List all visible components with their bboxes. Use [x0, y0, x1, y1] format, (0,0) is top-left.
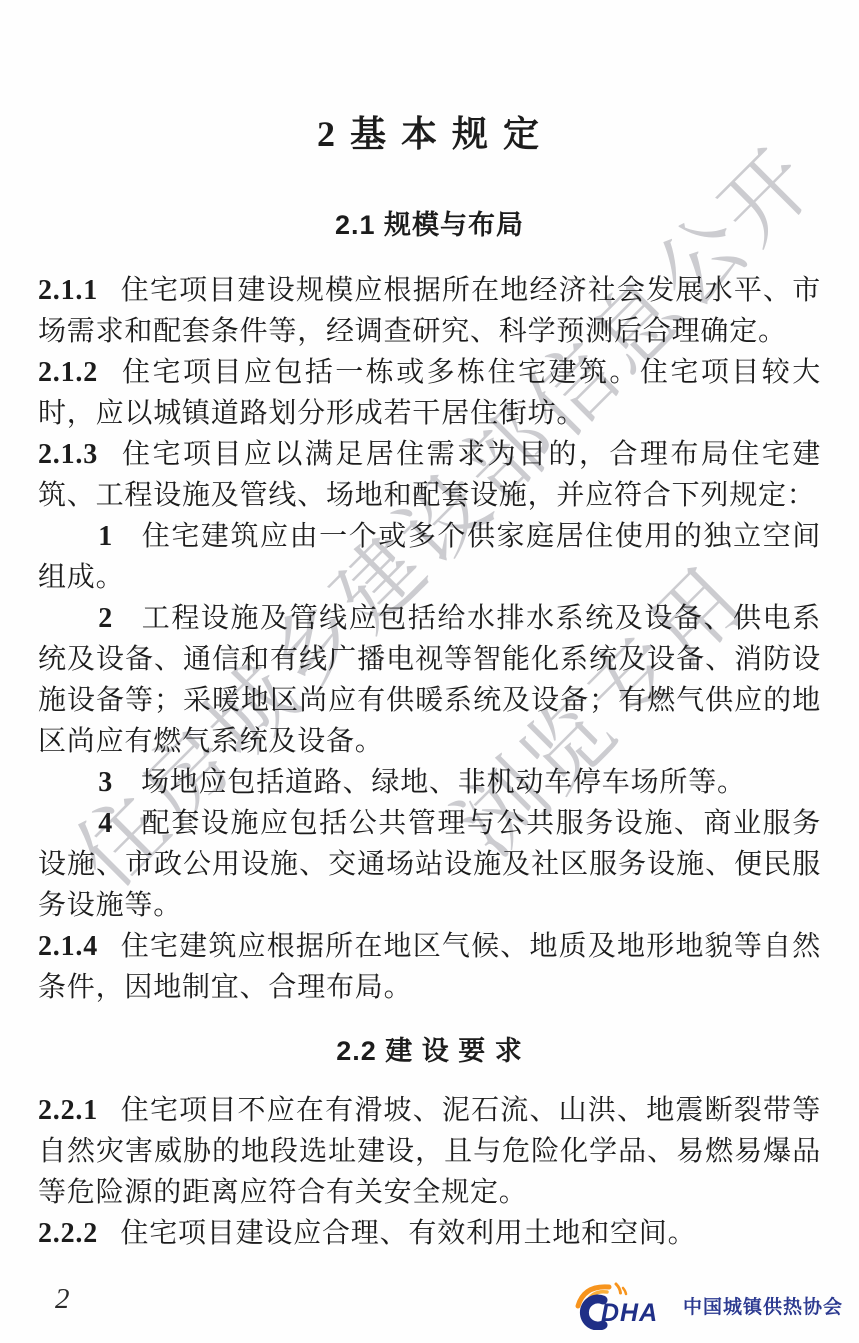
- clause-number: 2.1.3: [38, 439, 98, 470]
- clause-text: 住宅项目不应在有滑坡、泥石流、山洪、地震断裂带等自然灾害威胁的地段选址建设，且与…: [38, 1095, 821, 1208]
- chapter-title: 2 基 本 规 定: [38, 112, 821, 156]
- clause-2-2-2: 2.2.2住宅项目建设应合理、有效利用土地和空间。: [38, 1213, 821, 1254]
- subitem-text: 住宅建筑应由一个或多个供家庭居住使用的独立空间组成。: [38, 521, 821, 593]
- text-column: 2 基 本 规 定 2.1 规模与布局 2.1.1住宅项目建设规模应根据所在地经…: [38, 0, 821, 1254]
- clause-number: 2.1.4: [38, 931, 98, 962]
- page-number: 2: [55, 1283, 70, 1316]
- subitem-number: 3: [98, 767, 113, 798]
- clause-text: 住宅项目建设规模应根据所在地经济社会发展水平、市场需求和配套条件等，经调查研究、…: [38, 275, 821, 347]
- subitem-number: 1: [98, 521, 113, 552]
- subitem-2: 2工程设施及管线应包括给水排水系统及设备、供电系统及设备、通信和有线广播电视等智…: [38, 598, 821, 762]
- clause-2-2-1: 2.2.1住宅项目不应在有滑坡、泥石流、山洪、地震断裂带等自然灾害威胁的地段选址…: [38, 1090, 821, 1213]
- dha-logo-acronym: DHA: [601, 1299, 658, 1327]
- clause-text: 住宅项目建设应合理、有效利用土地和空间。: [120, 1218, 696, 1249]
- clause-number: 2.1.1: [38, 275, 98, 306]
- clause-number: 2.2.1: [38, 1095, 98, 1126]
- subitem-text: 配套设施应包括公共管理与公共服务设施、商业服务设施、市政公用设施、交通场站设施及…: [38, 808, 821, 921]
- section-heading-2-1: 2.1 规模与布局: [38, 208, 821, 242]
- document-page: 住房城乡建设部信息公开 浏览专用 2 基 本 规 定 2.1 规模与布局 2.1…: [0, 0, 859, 1343]
- subitem-text: 工程设施及管线应包括给水排水系统及设备、供电系统及设备、通信和有线广播电视等智能…: [38, 603, 821, 757]
- subitem-text: 场地应包括道路、绿地、非机动车停车场所等。: [141, 767, 746, 798]
- subitem-1: 1住宅建筑应由一个或多个供家庭居住使用的独立空间组成。: [38, 516, 821, 598]
- clause-2-1-2: 2.1.2住宅项目应包括一栋或多栋住宅建筑。住宅项目较大时，应以城镇道路划分形成…: [38, 352, 821, 434]
- subitem-3: 3场地应包括道路、绿地、非机动车停车场所等。: [38, 762, 821, 803]
- clause-number: 2.1.2: [38, 357, 98, 388]
- clause-text: 住宅项目应以满足居住需求为目的，合理布局住宅建筑、工程设施及管线、场地和配套设施…: [38, 439, 821, 511]
- subitem-number: 4: [98, 808, 113, 839]
- clause-2-1-1: 2.1.1住宅项目建设规模应根据所在地经济社会发展水平、市场需求和配套条件等，经…: [38, 270, 821, 352]
- clause-2-1-4: 2.1.4住宅建筑应根据所在地区气候、地质及地形地貌等自然条件，因地制宜、合理布…: [38, 926, 821, 1008]
- subitem-4: 4配套设施应包括公共管理与公共服务设施、商业服务设施、市政公用设施、交通场站设施…: [38, 803, 821, 926]
- clause-text: 住宅建筑应根据所在地区气候、地质及地形地貌等自然条件，因地制宜、合理布局。: [38, 931, 821, 1003]
- subitem-number: 2: [98, 603, 113, 634]
- clause-number: 2.2.2: [38, 1218, 98, 1249]
- clause-2-1-3: 2.1.3住宅项目应以满足居住需求为目的，合理布局住宅建筑、工程设施及管线、场地…: [38, 434, 821, 516]
- section-heading-2-2: 2.2 建 设 要 求: [38, 1034, 821, 1068]
- association-name: 中国城镇供热协会: [683, 1292, 843, 1319]
- clause-text: 住宅项目应包括一栋或多栋住宅建筑。住宅项目较大时，应以城镇道路划分形成若干居住街…: [38, 357, 821, 429]
- dha-logo-icon: DHA: [573, 1280, 677, 1330]
- association-logo: DHA 中国城镇供热协会: [573, 1280, 843, 1330]
